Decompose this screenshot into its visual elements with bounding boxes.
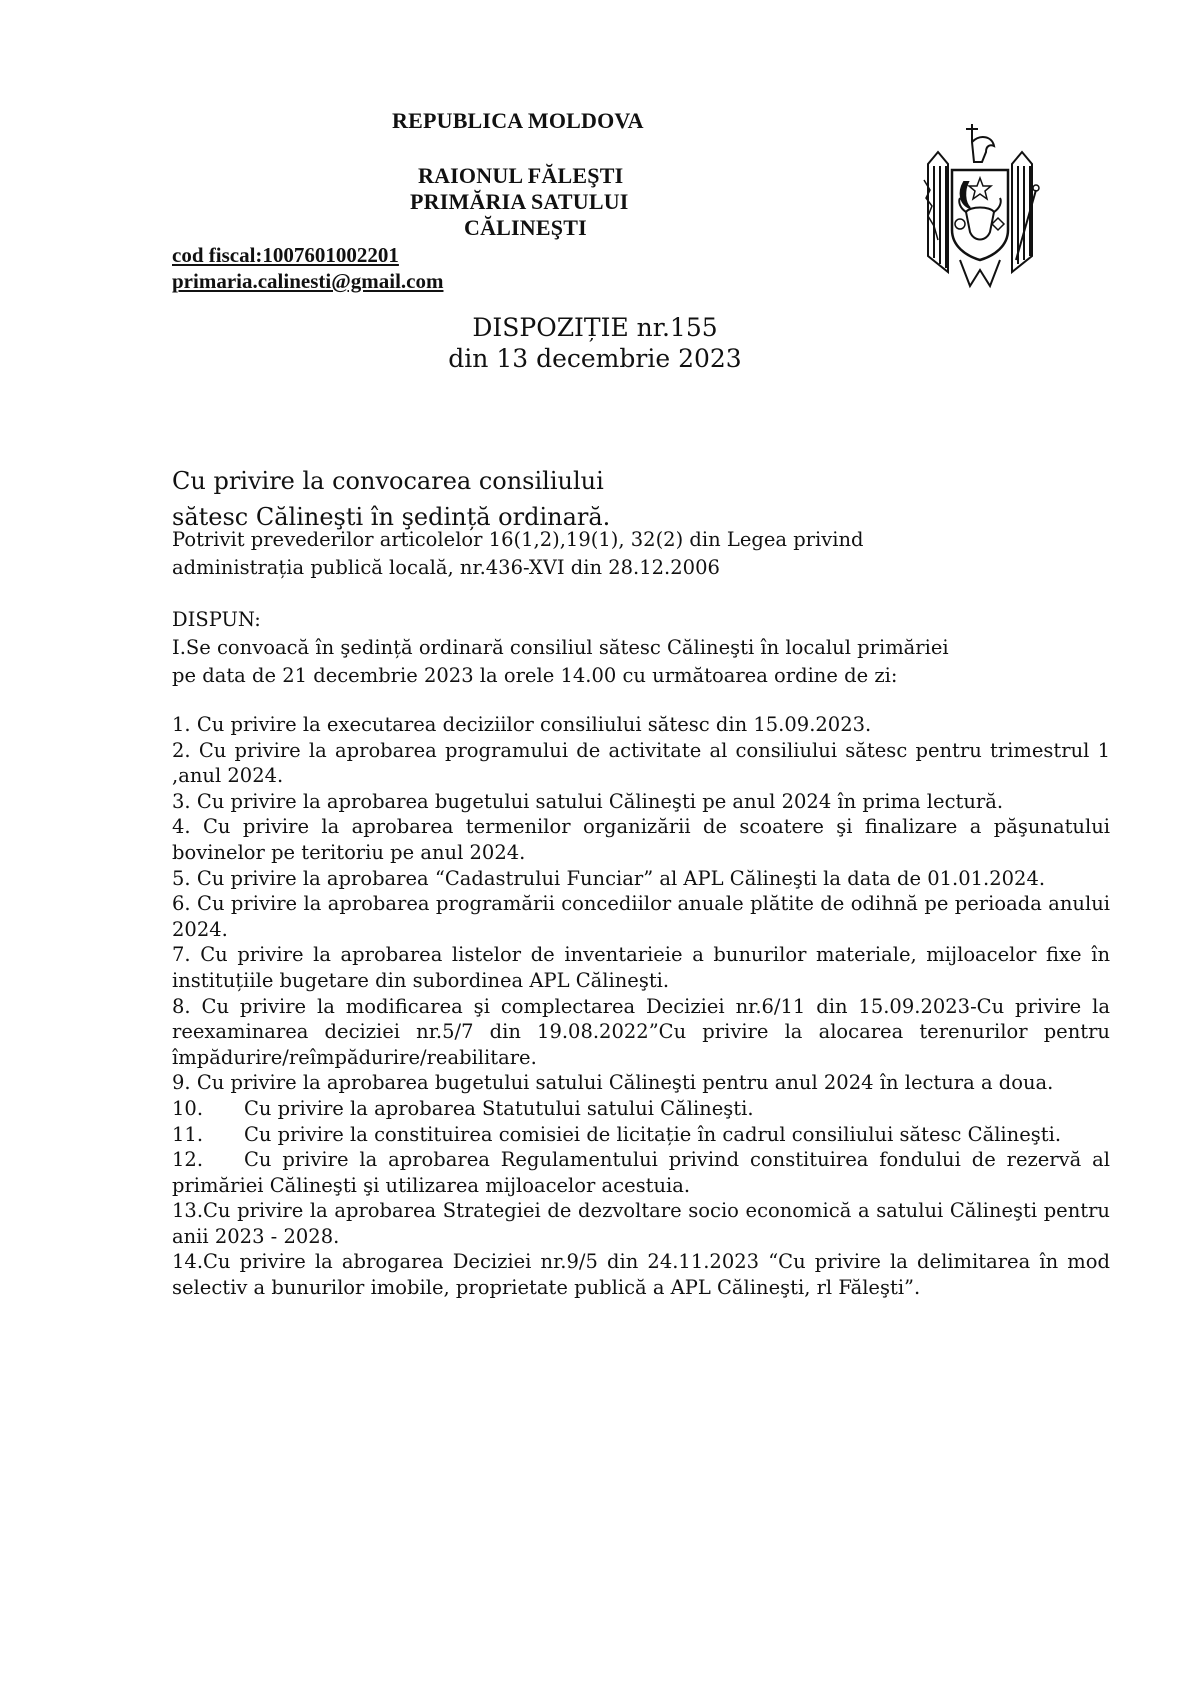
- agenda-item: 3. Cu privire la aprobarea bugetului sat…: [172, 789, 1110, 815]
- agenda-item: 7. Cu privire la aprobarea listelor de i…: [172, 942, 1110, 993]
- agenda-item: 1. Cu privire la executarea deciziilor c…: [172, 712, 1110, 738]
- agenda-item: 2. Cu privire la aprobarea programului d…: [172, 738, 1110, 789]
- subject-line-1: Cu privire la convocarea consiliului: [172, 463, 610, 499]
- document-date: din 13 decembrie 2023: [0, 344, 1190, 373]
- dispun-intro-line-2: pe data de 21 decembrie 2023 la orele 14…: [172, 662, 1110, 690]
- dispun-label: DISPUN:: [172, 606, 1110, 634]
- agenda-item: 12.Cu privire la aprobarea Regulamentulu…: [172, 1147, 1110, 1198]
- dispun-intro-line-1: I.Se convoacă în şedință ordinară consil…: [172, 634, 1110, 662]
- agenda-item: 5. Cu privire la aprobarea “Cadastrului …: [172, 866, 1110, 892]
- agenda-item: 13.Cu privire la aprobarea Strategiei de…: [172, 1198, 1110, 1249]
- legal-basis-line-2: administrația publică locală, nr.436-XVI…: [172, 554, 1110, 582]
- village-heading: CĂLINEŞTI: [464, 215, 587, 241]
- email-link[interactable]: primaria.calinesti@gmail.com: [172, 269, 443, 294]
- agenda-item: 11.Cu privire la constituirea comisiei d…: [172, 1122, 1110, 1148]
- agenda-item: 6. Cu privire la aprobarea programării c…: [172, 891, 1110, 942]
- agenda-item: 14.Cu privire la abrogarea Deciziei nr.9…: [172, 1249, 1110, 1300]
- country-heading: REPUBLICA MOLDOVA: [392, 108, 644, 134]
- agenda-item: 10.Cu privire la aprobarea Statutului sa…: [172, 1096, 1110, 1122]
- legal-basis: Potrivit prevederilor articolelor 16(1,2…: [172, 526, 1110, 582]
- agenda-item: 4. Cu privire la aprobarea termenilor or…: [172, 814, 1110, 865]
- agenda-item: 9. Cu privire la aprobarea bugetului sat…: [172, 1070, 1110, 1096]
- district-heading: RAIONUL FĂLEŞTI: [418, 163, 623, 189]
- subject: Cu privire la convocarea consiliului săt…: [172, 463, 610, 535]
- moldova-coat-of-arms-icon: [920, 120, 1040, 290]
- dispun-section: DISPUN: I.Se convoacă în şedință ordinar…: [172, 606, 1110, 690]
- fiscal-code: cod fiscal:1007601002201: [172, 243, 399, 268]
- institution-heading: PRIMĂRIA SATULUI: [410, 189, 629, 215]
- document-title: DISPOZIȚIE nr.155: [0, 313, 1190, 342]
- agenda-item: 8. Cu privire la modificarea şi complect…: [172, 994, 1110, 1071]
- agenda-list: 1. Cu privire la executarea deciziilor c…: [172, 712, 1110, 1301]
- legal-basis-line-1: Potrivit prevederilor articolelor 16(1,2…: [172, 526, 1110, 554]
